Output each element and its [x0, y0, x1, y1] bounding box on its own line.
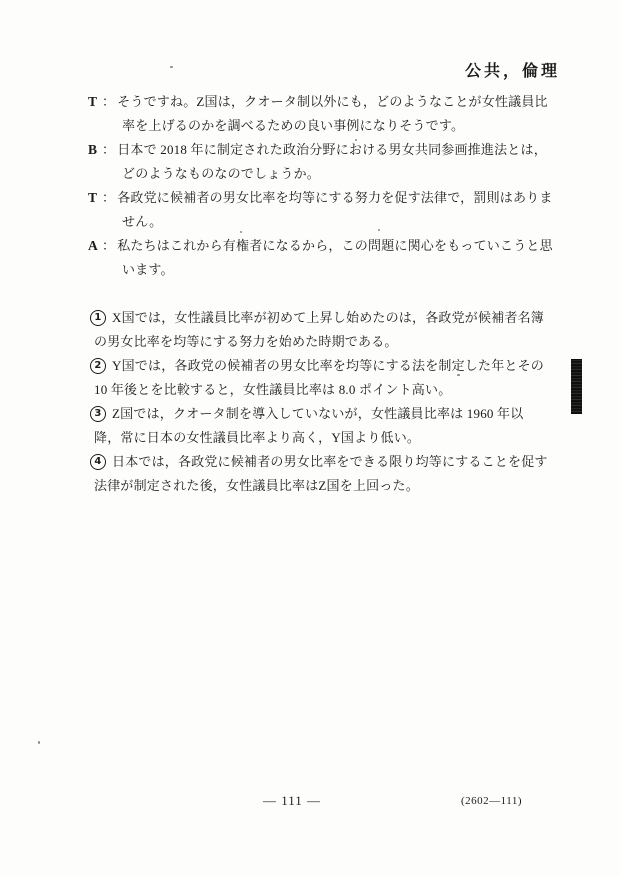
option-2-number: 2	[90, 358, 106, 374]
option-2-text: Y国では，各政党の候補者の男女比率を均等にする法を制定した年とその	[112, 354, 544, 378]
dialogue-text: 日本で 2018 年に制定された政治分野における男女共同参画推進法とは，	[117, 142, 547, 157]
option-3-text: Z国では，クオータ制を導入していないが，女性議員比率は 1960 年以	[112, 402, 523, 426]
option-1-number: 1	[90, 310, 106, 326]
speaker-label: B	[88, 138, 101, 162]
dialogue-line: T：各政党に候補者の男女比率を均等にする努力を促す法律で，罰則はありま	[88, 186, 566, 210]
scan-speck	[457, 374, 460, 376]
option-2-text: 10 年後とを比較すると，女性議員比率は 8.0 ポイント高い。	[88, 378, 570, 402]
answer-options-section: 1X国では，女性議員比率が初めて上昇し始めたのは，各政党が候補者名簿 の男女比率…	[88, 306, 570, 498]
exam-page: 公共，倫理 T：そうですね。Z国は，クオータ制以外にも，どのようなことが女性議員…	[0, 0, 620, 876]
dialogue-section: T：そうですね。Z国は，クオータ制以外にも，どのようなことが女性議員比 率を上げ…	[88, 90, 566, 282]
option-4-text: 法律が制定された後，女性議員比率はZ国を上回った。	[88, 474, 570, 498]
dialogue-text: 率を上げるのかを調べるための良い事例になりそうです。	[88, 114, 566, 138]
scan-speck	[355, 139, 357, 141]
speaker-label: A	[88, 234, 101, 258]
speaker-colon: ：	[102, 90, 115, 114]
dialogue-text: います。	[88, 258, 566, 282]
option-2: 2Y国では，各政党の候補者の男女比率を均等にする法を制定した年とその	[88, 354, 570, 378]
speaker-label: T	[88, 186, 101, 210]
option-1: 1X国では，女性議員比率が初めて上昇し始めたのは，各政党が候補者名簿	[88, 306, 570, 330]
speaker-colon: ：	[102, 186, 115, 210]
print-code: (2602—111)	[461, 795, 522, 807]
option-3: 3Z国では，クオータ制を導入していないが，女性議員比率は 1960 年以	[88, 402, 570, 426]
edge-tab-mark	[571, 359, 582, 414]
dialogue-text: 私たちはこれから有権者になるから，この問題に関心をもっていこうと思	[117, 238, 553, 253]
speaker-colon: ：	[102, 138, 115, 162]
scan-speck	[38, 741, 40, 744]
dialogue-text: そうですね。Z国は，クオータ制以外にも，どのようなことが女性議員比	[117, 94, 548, 109]
scan-speck	[378, 229, 380, 231]
dialogue-text: せん。	[88, 210, 566, 234]
speaker-colon: ：	[102, 234, 115, 258]
option-3-number: 3	[90, 406, 106, 422]
dialogue-line: B：日本で 2018 年に制定された政治分野における男女共同参画推進法とは，	[88, 138, 566, 162]
option-4-number: 4	[90, 454, 106, 470]
dialogue-text: どのようなものなのでしょうか。	[88, 162, 566, 186]
dialogue-text: 各政党に候補者の男女比率を均等にする努力を促す法律で，罰則はありま	[117, 190, 552, 205]
scan-speck	[170, 66, 173, 68]
option-3-text: 降，常に日本の女性議員比率より高く，Y国より低い。	[88, 426, 570, 450]
page-number: — 111 —	[263, 793, 321, 809]
dialogue-line: A：私たちはこれから有権者になるから，この問題に関心をもっていこうと思	[88, 234, 566, 258]
option-1-text: の男女比率を均等にする努力を始めた時期である。	[88, 330, 570, 354]
dialogue-line: T：そうですね。Z国は，クオータ制以外にも，どのようなことが女性議員比	[88, 90, 566, 114]
option-4-text: 日本では，各政党に候補者の男女比率をできる限り均等にすることを促す	[112, 450, 548, 474]
option-1-text: X国では，女性議員比率が初めて上昇し始めたのは，各政党が候補者名簿	[112, 306, 544, 330]
option-4: 4日本では，各政党に候補者の男女比率をできる限り均等にすることを促す	[88, 450, 570, 474]
scan-speck	[240, 231, 242, 233]
speaker-label: T	[88, 90, 101, 114]
page-header-subject: 公共，倫理	[465, 58, 560, 81]
